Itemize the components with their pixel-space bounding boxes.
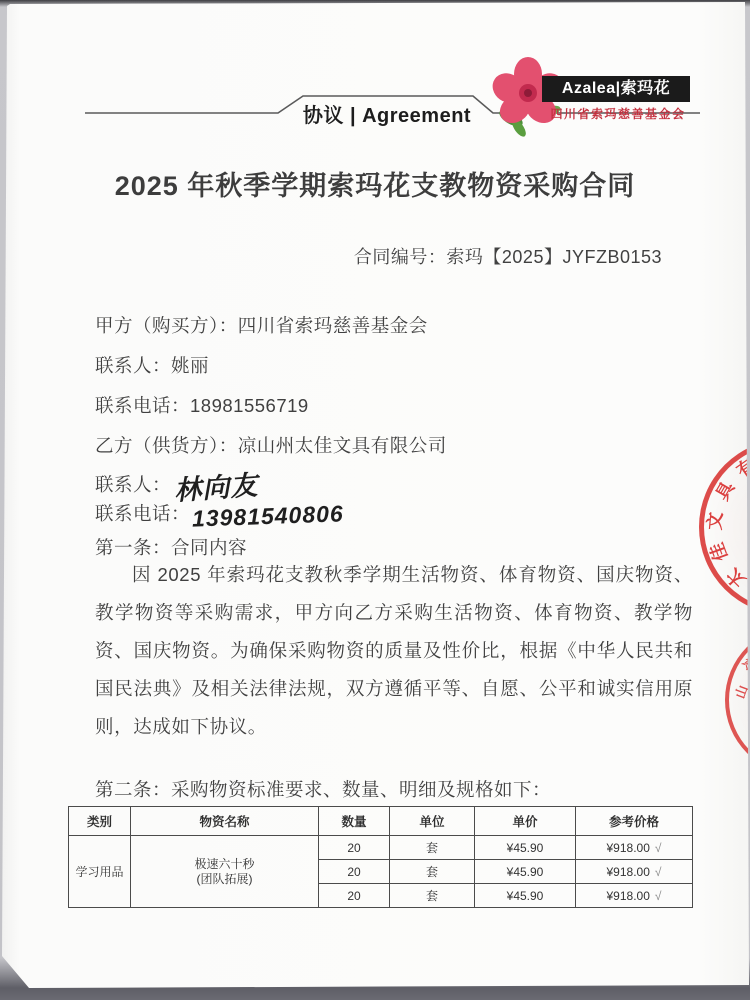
clause1-body: 因 2025 年索玛花支教秋季学期生活物资、体育物资、国庆物资、教学物资等采购需… bbox=[95, 556, 693, 746]
party-b-line: 乙方（供货方）：凉山州太佳文具有限公司 bbox=[95, 432, 695, 458]
col-header-item-name: 物资名称 bbox=[131, 807, 319, 836]
col-header-unit: 单位 bbox=[390, 807, 475, 836]
unit-cell: 套 bbox=[390, 884, 475, 908]
item-name: 极速六十秒 bbox=[131, 857, 318, 872]
seal-character: 文 bbox=[704, 510, 726, 532]
ref-price-value: ¥918.00 bbox=[607, 841, 650, 855]
contact-b-label: 联系人： bbox=[95, 474, 171, 495]
phone-b-label: 联系电话： bbox=[95, 503, 190, 524]
unit-cell: 套 bbox=[390, 860, 475, 884]
checkmark-icon: √ bbox=[655, 841, 662, 855]
item-spec: (团队拓展) bbox=[131, 872, 318, 887]
unit-cell: 套 bbox=[390, 836, 475, 860]
qty-cell: 20 bbox=[319, 860, 390, 884]
scanned-document: 协议 | Agreement Azalea|索玛花 四川省 bbox=[0, 0, 750, 1000]
contact-a-value: 姚丽 bbox=[171, 355, 209, 376]
price-cell: ¥45.90 bbox=[475, 884, 576, 908]
brand-box: Azalea|索玛花 bbox=[542, 76, 690, 102]
col-header-quantity: 数量 bbox=[319, 807, 390, 836]
ref-price-value: ¥918.00 bbox=[607, 889, 650, 903]
org-name: 四川省索玛慈善基金会 bbox=[546, 105, 690, 122]
party-a-contact-line: 联系人：姚丽 bbox=[95, 352, 695, 378]
col-header-unit-price: 单价 bbox=[475, 807, 576, 836]
col-header-ref-price: 参考价格 bbox=[576, 807, 693, 836]
brand-label: Azalea|索玛花 bbox=[562, 80, 670, 97]
phone-a-label: 联系电话： bbox=[95, 395, 190, 416]
table-row: 学习用品 极速六十秒 (团队拓展) 20 套 ¥45.90 ¥918.00√ bbox=[69, 836, 693, 860]
contact-a-label: 联系人： bbox=[95, 355, 171, 376]
agreement-banner-label: 协议 | Agreement bbox=[297, 99, 477, 125]
document-page: 协议 | Agreement Azalea|索玛花 四川省 bbox=[0, 0, 750, 1000]
phone-a-value: 18981556719 bbox=[190, 395, 309, 416]
contract-number: 合同编号：索玛【2025】JYFZB0153 bbox=[0, 243, 662, 269]
item-name-cell: 极速六十秒 (团队拓展) bbox=[131, 836, 319, 908]
checkmark-icon: √ bbox=[655, 865, 662, 879]
party-b-phone-line: 联系电话：13981540806 bbox=[95, 500, 695, 530]
party-a-phone-line: 联系电话：18981556719 bbox=[95, 392, 695, 418]
price-cell: ¥45.90 bbox=[475, 836, 576, 860]
party-a-line: 甲方（购买方）：四川省索玛慈善基金会 bbox=[95, 312, 695, 338]
ref-price-value: ¥918.00 bbox=[607, 865, 650, 879]
qty-cell: 20 bbox=[319, 836, 390, 860]
category-cell: 学习用品 bbox=[69, 836, 131, 908]
price-cell: ¥45.90 bbox=[475, 860, 576, 884]
qty-cell: 20 bbox=[319, 884, 390, 908]
org-logo: Azalea|索玛花 四川省索玛慈善基金会 bbox=[480, 50, 695, 128]
materials-table: 类别 物资名称 数量 单位 单价 参考价格 学习用品 极速六十秒 (团队拓展) … bbox=[68, 806, 693, 908]
contract-title: 2025 年秋季学期索玛花支教物资采购合同 bbox=[0, 164, 750, 203]
table-header-row: 类别 物资名称 数量 单位 单价 参考价格 bbox=[69, 807, 693, 836]
checkmark-icon: √ bbox=[655, 889, 662, 903]
col-header-category: 类别 bbox=[69, 807, 131, 836]
ref-price-cell: ¥918.00√ bbox=[576, 836, 693, 860]
phone-b-handwritten-value: 13981540806 bbox=[192, 500, 345, 532]
ref-price-cell: ¥918.00√ bbox=[576, 860, 693, 884]
clause2-heading: 第二条：采购物资标准要求、数量、明细及规格如下： bbox=[95, 776, 695, 802]
ref-price-cell: ¥918.00√ bbox=[576, 884, 693, 908]
